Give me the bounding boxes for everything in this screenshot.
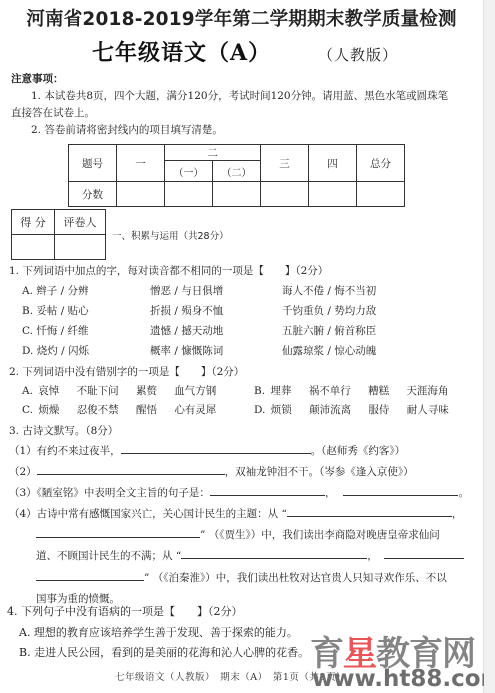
q3-item-2: （2），双袖龙钟泪不干。（岑参《逢入京使》）	[9, 464, 414, 479]
q3-blank-2[interactable]	[37, 465, 225, 475]
q3-blank-4b[interactable]	[36, 528, 200, 538]
q2-stem: 2. 下列词语中没有错别字的一项是【 】（2分）	[9, 364, 244, 379]
q3-blank-3b[interactable]	[343, 486, 458, 496]
q2-option-a[interactable]: A. 哀悼 不耻下问 累赘 血气方钢	[22, 383, 216, 398]
q3-item-4-line-3: 道、不顾国计民生的不满；从 “，	[36, 548, 464, 563]
q1-option-b-pair2: 折损 / 殒身不恤	[150, 303, 223, 318]
q3-item-4-line-4: ” （《泊秦淮》）中，我们读出杜牧对达官贵人只知寻欢作乐、不以	[36, 570, 447, 585]
note-item-2: 2. 答卷前请将密封线内的项目填写清楚。	[31, 122, 223, 137]
q3-item-4-line-2: ” （《贾生》）中，我们读出李商隐对晚唐皇帝求仙问	[36, 527, 440, 542]
q2-option-b[interactable]: B. 埋葬 祸不单行 糟糕 天涯海角	[254, 383, 448, 398]
score-col-1: 一	[117, 145, 165, 182]
q3-blank-4a[interactable]	[287, 507, 452, 517]
grader-name-label: 评卷人	[55, 210, 106, 235]
score-col-3: 三	[261, 145, 309, 182]
grader-score-cell[interactable]	[12, 235, 55, 260]
q1-option-c-pair2: 遗憾 / 撼天动地	[150, 323, 223, 338]
q1-option-c-pair3: 五脏六腑 / 俯首称臣	[282, 323, 376, 338]
q3-item-1: （1）有约不来过夜半，。（赵师秀《约客》）	[9, 443, 405, 458]
edition-label: （人教版）	[318, 44, 398, 65]
score-row-label: 分数	[69, 182, 117, 207]
section-1-title: 一、积累与运用（共28分）	[112, 228, 229, 242]
q1-stem: 1. 下列词语中加点的字，每对读音都不相同的一项是【 】（2分）	[9, 263, 328, 278]
subject-title: 七年级语文（A）	[92, 36, 271, 67]
score-cell-total[interactable]	[357, 182, 405, 207]
q3-blank-4d[interactable]	[384, 549, 464, 559]
exam-page: 河南省2018-2019学年第二学期期末教学质量检测 七年级语文（A） （人教版…	[0, 0, 484, 693]
q3-item-4-line-1: （4）古诗中常有感慨国家兴亡，关心国计民生的主题：从 “，	[9, 506, 462, 521]
score-cell-3[interactable]	[261, 182, 309, 207]
q1-option-a-pair3: 诲人不倦 / 悔不当初	[282, 283, 376, 298]
score-col-4: 四	[309, 145, 357, 182]
q1-option-a-pair2: 憎恶 / 与日俱增	[150, 283, 223, 298]
q1-option-d-pair3: 仙露琼浆 / 惊心动魄	[282, 343, 376, 358]
q3-blank-4e[interactable]	[36, 571, 144, 581]
scrollbar-track[interactable]	[484, 0, 495, 693]
score-table: 题号 一 二 三 四 总分 （一） （二） 分数	[68, 144, 405, 207]
score-cell-1[interactable]	[117, 182, 165, 207]
q1-option-a[interactable]: A. 辫子 / 分辨	[22, 283, 88, 298]
q1-option-b[interactable]: B. 妥帖 / 贴心	[22, 303, 89, 318]
q1-option-c[interactable]: C. 忏悔 / 纤维	[22, 323, 89, 338]
q2-option-d[interactable]: D. 烦锁 颠沛流离 服侍 耐人寻味	[254, 402, 449, 417]
q4-option-a[interactable]: A. 理想的教育应该培养学生善于发现、善于探索的能力。	[19, 624, 298, 640]
score-cell-4[interactable]	[309, 182, 357, 207]
note-item-1: 1. 本试卷共8页，四个大题，满分120分，考试时间120分钟。请用蓝、黑色水笔…	[31, 88, 448, 103]
score-col-2: 二	[165, 145, 261, 161]
grader-score-label: 得 分	[12, 210, 55, 235]
score-table-header-label: 题号	[69, 145, 117, 182]
note-item-1-cont: 直接答在试卷上。	[11, 105, 95, 120]
grader-name-cell[interactable]	[55, 235, 106, 260]
q1-option-d[interactable]: D. 烧灼 / 闪烁	[22, 343, 89, 358]
q3-blank-1[interactable]	[121, 444, 311, 454]
watermark-url: www.ht88.com	[312, 666, 495, 692]
exam-title: 河南省2018-2019学年第二学期期末教学质量检测	[0, 5, 483, 31]
q1-option-d-pair2: 概率 / 慷慨陈词	[150, 343, 223, 358]
q3-blank-3a[interactable]	[210, 486, 325, 496]
notes-heading: 注意事项：	[11, 71, 64, 86]
score-col-2-sub-2: （二）	[213, 161, 261, 182]
score-col-total: 总分	[357, 145, 405, 182]
q4-option-b[interactable]: B. 走进人民公园，看到的是美丽的花海和沁人心脾的花香。	[19, 644, 309, 660]
score-cell-2-2[interactable]	[213, 182, 261, 207]
q3-stem: 3. 古诗文默写。（8分）	[9, 423, 118, 438]
q3-blank-4c[interactable]	[181, 549, 367, 559]
q4-stem: 4. 下列句子中没有语病的一项是【 】（2分）	[7, 603, 243, 619]
q3-item-3: （3）《陋室铭》中表明全文主旨的句子是：，。	[9, 485, 469, 500]
grader-table: 得 分 评卷人	[11, 209, 106, 260]
score-col-2-sub-1: （一）	[165, 161, 213, 182]
q1-option-b-pair3: 千钧重负 / 势均力敌	[282, 303, 376, 318]
q2-option-c[interactable]: C. 烦燥 忍俊不禁 醒悟 心有灵犀	[22, 402, 216, 417]
score-cell-2-1[interactable]	[165, 182, 213, 207]
